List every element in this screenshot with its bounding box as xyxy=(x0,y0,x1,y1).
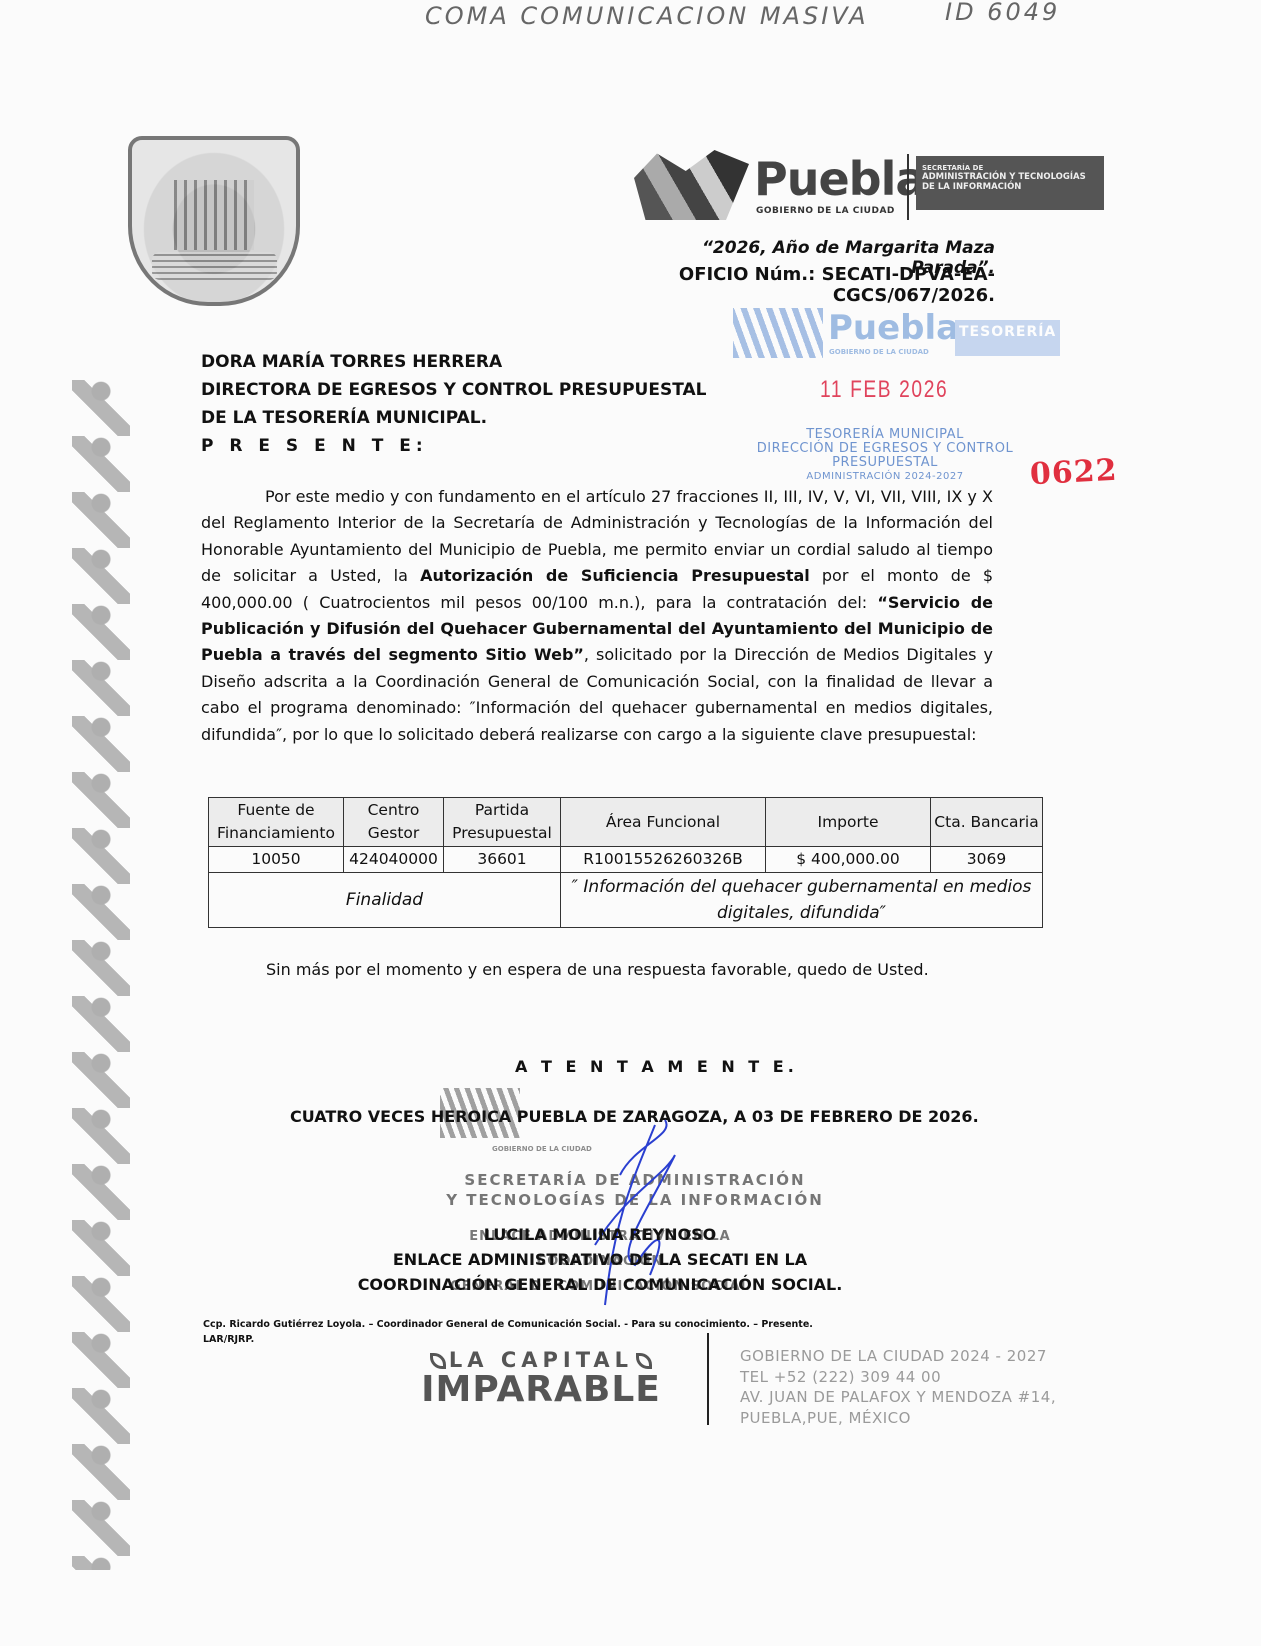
addressee-title: DIRECTORA DE EGRESOS Y CONTROL PRESUPUES… xyxy=(201,376,706,404)
city-crest-logo xyxy=(128,136,300,306)
contact-line: TEL +52 (222) 309 44 00 xyxy=(740,1367,1056,1388)
logo-subtitle: GOBIERNO DE LA CIUDAD xyxy=(756,206,895,216)
cell-cta-bancaria: 3069 xyxy=(931,847,1043,873)
salutation: P R E S E N T E: xyxy=(201,432,706,460)
wing-icon xyxy=(636,1353,652,1369)
table-header-row: Fuente de Financiamiento Centro Gestor P… xyxy=(209,798,1043,847)
finalidad-row: Finalidad ″ Información del quehacer gub… xyxy=(209,873,1043,928)
tesoreria-stamp-text: TESORERÍA MUNICIPAL DIRECCIÓN DE EGRESOS… xyxy=(750,428,1020,484)
carbon-copy: Ccp. Ricardo Gutiérrez Loyola. – Coordin… xyxy=(203,1317,813,1347)
la-capital-imparable-logo: LA CAPITAL IMPARABLE xyxy=(406,1348,676,1408)
stamp-emblem-icon xyxy=(733,308,823,358)
addressee-name: DORA MARÍA TORRES HERRERA xyxy=(201,348,706,376)
cc-line: Ccp. Ricardo Gutiérrez Loyola. – Coordin… xyxy=(203,1317,813,1332)
secretaria-line2: ADMINISTRACIÓN Y TECNOLOGÍAS xyxy=(922,172,1098,182)
secretaria-box: SECRETARÍA DE ADMINISTRACIÓN Y TECNOLOGÍ… xyxy=(916,156,1104,210)
cell-partida: 36601 xyxy=(444,847,561,873)
signer-role1: ENLACE ADMINISTRATIVO DE LA SECATI EN LA xyxy=(350,1247,850,1272)
crest-water-icon xyxy=(152,252,277,280)
handwritten-note: COMA COMUNICACION MASIVA xyxy=(425,2,868,30)
col-header: Centro Gestor xyxy=(344,798,444,847)
cell-centro-gestor: 424040000 xyxy=(344,847,444,873)
stamp-line: ADMINISTRACIÓN 2024-2027 xyxy=(750,470,1020,484)
puebla-emblem-icon xyxy=(634,150,749,220)
budget-key-table: Fuente de Financiamiento Centro Gestor P… xyxy=(208,797,1043,928)
received-date-stamp: 11 FEB 2026 xyxy=(820,376,948,404)
brand-line2: IMPARABLE xyxy=(406,1372,676,1408)
contact-line: PUEBLA,PUE, MÉXICO xyxy=(740,1408,1056,1429)
logo-wordmark: Puebla xyxy=(754,152,925,206)
finalidad-value: ″ Información del quehacer gubernamental… xyxy=(561,873,1043,928)
footer-contact: GOBIERNO DE LA CIUDAD 2024 - 2027 TEL +5… xyxy=(740,1346,1056,1428)
signer-block: ENLACE ADMINISTRATIVO EN LA COORDINACIÓN… xyxy=(350,1222,850,1297)
closing-text: Sin más por el momento y en espera de un… xyxy=(266,960,929,979)
cell-fuente: 10050 xyxy=(209,847,344,873)
stamp-tesoreria-box: TESORERÍA xyxy=(955,320,1060,356)
crest-building-icon xyxy=(174,180,254,250)
stamp-line: TESORERÍA MUNICIPAL xyxy=(750,428,1020,442)
folio-number-stamp: 0622 xyxy=(1029,453,1118,493)
contact-line: GOBIERNO DE LA CIUDAD 2024 - 2027 xyxy=(740,1346,1056,1367)
contact-line: AV. JUAN DE PALAFOX Y MENDOZA #14, xyxy=(740,1387,1056,1408)
stamp-line: DIRECCIÓN DE EGRESOS Y CONTROL xyxy=(750,442,1020,456)
body-bold-1: Autorización de Suficiencia Presupuestal xyxy=(420,566,810,585)
cell-area-funcional: R10015526260326B xyxy=(561,847,766,873)
table-row: 10050 424040000 36601 R10015526260326B $… xyxy=(209,847,1043,873)
addressee-org: DE LA TESORERÍA MUNICIPAL. xyxy=(201,404,706,432)
secretaria-line3: DE LA INFORMACIÓN xyxy=(922,182,1098,192)
decorative-border xyxy=(72,380,130,1570)
atentamente: A T E N T A M E N T E. xyxy=(515,1057,798,1076)
col-header: Fuente de Financiamiento xyxy=(209,798,344,847)
col-header: Cta. Bancaria xyxy=(931,798,1043,847)
cell-importe: $ 400,000.00 xyxy=(766,847,931,873)
col-header: Área Funcional xyxy=(561,798,766,847)
addressee-block: DORA MARÍA TORRES HERRERA DIRECTORA DE E… xyxy=(201,348,706,460)
logo-divider xyxy=(907,154,909,220)
puebla-secati-logo: Puebla GOBIERNO DE LA CIUDAD SECRETARÍA … xyxy=(634,150,1104,220)
tesoreria-stamp-logo: Puebla GOBIERNO DE LA CIUDAD TESORERÍA xyxy=(733,308,1063,363)
letter-body: Por este medio y con fundamento en el ar… xyxy=(201,484,993,748)
col-header: Partida Presupuestal xyxy=(444,798,561,847)
secretaria-line1: SECRETARÍA DE xyxy=(922,164,1098,172)
oficio-number: OFICIO Núm.: SECATI-DPVA-EA-CGCS/067/202… xyxy=(530,264,995,306)
finalidad-label: Finalidad xyxy=(209,873,561,928)
initials: LAR/RJRP. xyxy=(203,1332,813,1347)
signer-name: LUCILA MOLINA REYNOSO xyxy=(350,1222,850,1247)
footer-divider xyxy=(707,1333,709,1425)
stamp-subtitle: GOBIERNO DE LA CIUDAD xyxy=(829,348,929,356)
col-header: Importe xyxy=(766,798,931,847)
stamp-line: PRESUPUESTAL xyxy=(750,456,1020,470)
wing-icon xyxy=(430,1353,446,1369)
stamp-wordmark: Puebla xyxy=(828,308,959,348)
handwritten-id: ID 6049 xyxy=(945,0,1060,26)
signer-role2: COORDINACIÓN GENERAL DE COMUNICACIÓN SOC… xyxy=(350,1272,850,1297)
